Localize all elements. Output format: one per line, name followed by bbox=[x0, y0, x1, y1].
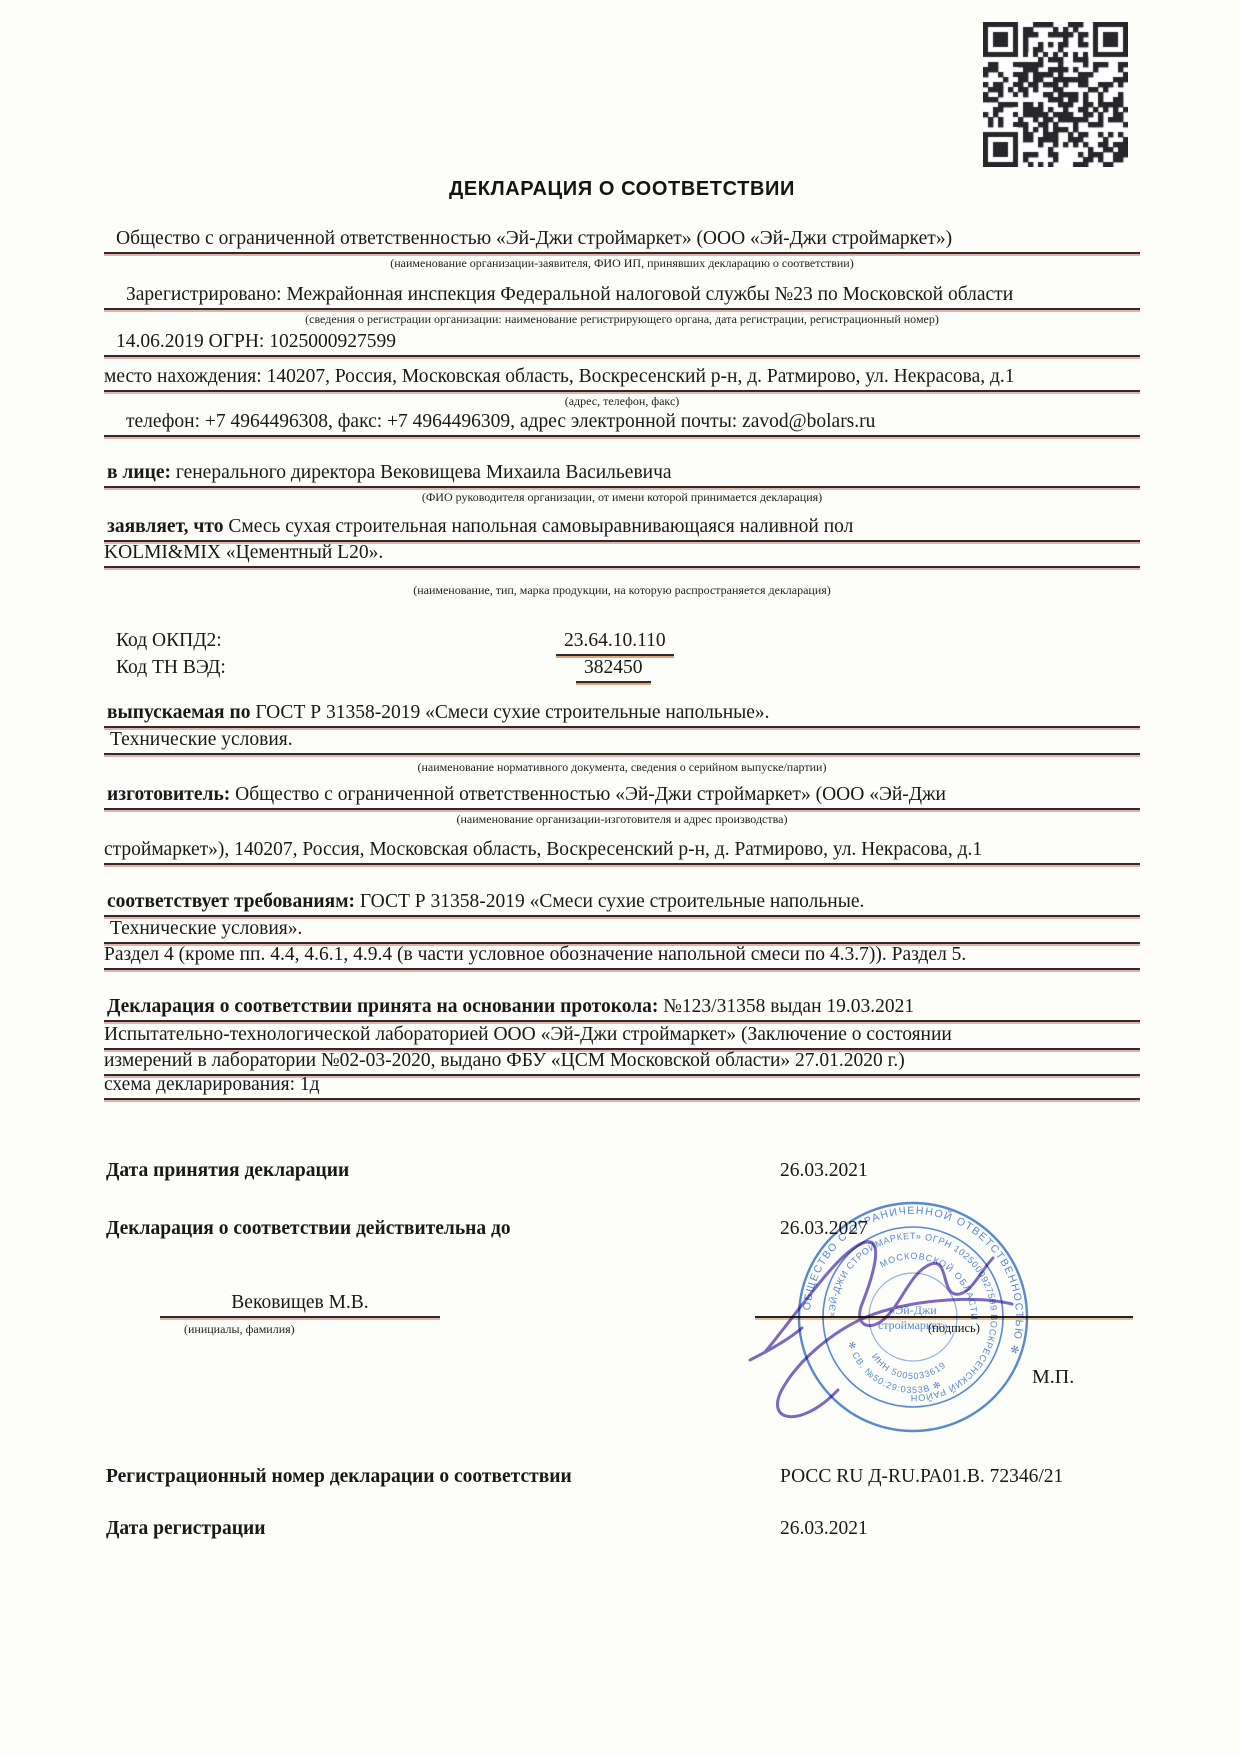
okpd2-value: 23.64.10.110 bbox=[556, 628, 674, 656]
tnved-row: Код ТН ВЭД: 382450 bbox=[104, 655, 1140, 681]
declares-label: заявляет, что bbox=[107, 516, 224, 537]
declares-caption: (наименование, тип, марка продукции, на … bbox=[104, 584, 1140, 597]
reg-number-value: РОСС RU Д-RU.РА01.В. 72346/21 bbox=[780, 1464, 1063, 1490]
tnved-label: Код ТН ВЭД: bbox=[104, 657, 226, 678]
adoption-date-row: Дата принятия декларации 26.03.2021 bbox=[104, 1158, 1140, 1184]
person-caption: (ФИО руководителя организации, от имени … bbox=[104, 491, 1140, 504]
address-text: место нахождения: 140207, Россия, Москов… bbox=[104, 366, 1015, 387]
conforms-text: ГОСТ Р 31358-2019 «Смеси сухие строитель… bbox=[355, 891, 864, 912]
ogrn-text: 14.06.2019 ОГРН: 1025000927599 bbox=[116, 331, 396, 352]
valid-until-label: Декларация о соответствии действительна … bbox=[104, 1218, 511, 1239]
registration-text: Зарегистрировано: Межрайонная инспекция … bbox=[126, 284, 1013, 305]
conforms-line1: соответствует требованиям: ГОСТ Р 31358-… bbox=[104, 889, 1140, 917]
registration-caption: (сведения о регистрации организации: наи… bbox=[104, 313, 1140, 326]
issued-text2: Технические условия. bbox=[110, 729, 293, 750]
declares-text: Смесь сухая строительная напольная самов… bbox=[224, 516, 854, 537]
basis-label: Декларация о соответствии принята на осн… bbox=[107, 996, 658, 1017]
issued-line2: Технические условия. bbox=[104, 727, 1140, 755]
tnved-value: 382450 bbox=[576, 655, 651, 683]
contacts-line: телефон: +7 4964496308, факс: +7 4964496… bbox=[104, 409, 1140, 437]
issued-caption: (наименование нормативного документа, св… bbox=[104, 761, 1140, 774]
manufacturer-line1: изготовитель: Общество с ограниченной от… bbox=[104, 782, 1140, 810]
basis-line2: Испытательно-технологической лабораторие… bbox=[104, 1022, 1140, 1050]
manufacturer-label: изготовитель: bbox=[107, 784, 230, 805]
page-title: ДЕКЛАРАЦИЯ О СООТВЕТСТВИИ bbox=[104, 178, 1140, 201]
conforms-label: соответствует требованиям: bbox=[107, 891, 355, 912]
manufacturer-text: Общество с ограниченной ответственностью… bbox=[230, 784, 946, 805]
issued-label: выпускаемая по bbox=[107, 702, 250, 723]
adoption-date-label: Дата принятия декларации bbox=[104, 1160, 349, 1181]
reg-date-row: Дата регистрации 26.03.2021 bbox=[104, 1516, 1140, 1542]
person-label: в лице: bbox=[107, 462, 171, 483]
conforms-line3: Раздел 4 (кроме пп. 4.4, 4.6.1, 4.9.4 (в… bbox=[104, 942, 1140, 970]
conforms-line2: Технические условия». bbox=[104, 916, 1140, 944]
manufacturer-line2: строймаркет»), 140207, Россия, Московска… bbox=[104, 837, 1140, 865]
conforms-text3: Раздел 4 (кроме пп. 4.4, 4.6.1, 4.9.4 (в… bbox=[104, 944, 966, 965]
applicant-text: Общество с ограниченной ответственностью… bbox=[116, 228, 952, 249]
issued-line1: выпускаемая по ГОСТ Р 31358-2019 «Смеси … bbox=[104, 700, 1140, 728]
basis-line1: Декларация о соответствии принята на осн… bbox=[104, 994, 1140, 1022]
reg-date-label: Дата регистрации bbox=[104, 1518, 265, 1539]
okpd2-row: Код ОКПД2: 23.64.10.110 bbox=[104, 628, 1140, 654]
basis-text: №123/31358 выдан 19.03.2021 bbox=[658, 996, 914, 1017]
signatory-name: Вековищев М.В. bbox=[160, 1290, 440, 1318]
signature-caption: (подпись) bbox=[928, 1321, 980, 1336]
declares-line2: KOLMI&MIX «Цементный L20». bbox=[104, 540, 1140, 568]
applicant-caption: (наименование организации-заявителя, ФИО… bbox=[104, 257, 1140, 270]
product-name-text: KOLMI&MIX «Цементный L20». bbox=[104, 542, 383, 563]
manufacturer-text2: строймаркет»), 140207, Россия, Московска… bbox=[104, 839, 982, 860]
declares-line1: заявляет, что Смесь сухая строительная н… bbox=[104, 514, 1140, 542]
conforms-text2: Технические условия». bbox=[110, 918, 302, 939]
person-line: в лице: генерального директора Вековищев… bbox=[104, 460, 1140, 488]
applicant-line: Общество с ограниченной ответственностью… bbox=[104, 226, 1140, 254]
address-caption: (адрес, телефон, факс) bbox=[104, 395, 1140, 408]
reg-date-value: 26.03.2021 bbox=[780, 1516, 868, 1542]
signatory-name-caption: (инициалы, фамилия) bbox=[160, 1322, 464, 1337]
scheme-text: схема декларирования: 1д bbox=[104, 1074, 320, 1095]
basis-line4: схема декларирования: 1д bbox=[104, 1072, 1140, 1100]
basis-text3: измерений в лаборатории №02-03-2020, выд… bbox=[104, 1050, 905, 1071]
document-page: ДЕКЛАРАЦИЯ О СООТВЕТСТВИИ Общество с огр… bbox=[0, 0, 1240, 1754]
stamp-place-label: М.П. bbox=[1032, 1366, 1074, 1389]
person-text: генерального директора Вековищева Михаил… bbox=[171, 462, 672, 483]
registration-line: Зарегистрировано: Межрайонная инспекция … bbox=[104, 282, 1140, 310]
basis-text2: Испытательно-технологической лабораторие… bbox=[104, 1024, 952, 1045]
ogrn-line: 14.06.2019 ОГРН: 1025000927599 bbox=[104, 329, 1140, 357]
reg-number-label: Регистрационный номер декларации о соотв… bbox=[104, 1466, 572, 1487]
manufacturer-caption: (наименование организации-изготовителя и… bbox=[104, 813, 1140, 826]
okpd2-label: Код ОКПД2: bbox=[104, 630, 222, 651]
adoption-date-value: 26.03.2021 bbox=[780, 1158, 868, 1184]
contacts-text: телефон: +7 4964496308, факс: +7 4964496… bbox=[126, 411, 875, 432]
address-line: место нахождения: 140207, Россия, Москов… bbox=[104, 364, 1140, 392]
handwritten-signature bbox=[690, 1200, 1070, 1450]
qr-code-icon bbox=[983, 22, 1128, 167]
issued-text: ГОСТ Р 31358-2019 «Смеси сухие строитель… bbox=[250, 702, 769, 723]
reg-number-row: Регистрационный номер декларации о соотв… bbox=[104, 1464, 1140, 1490]
